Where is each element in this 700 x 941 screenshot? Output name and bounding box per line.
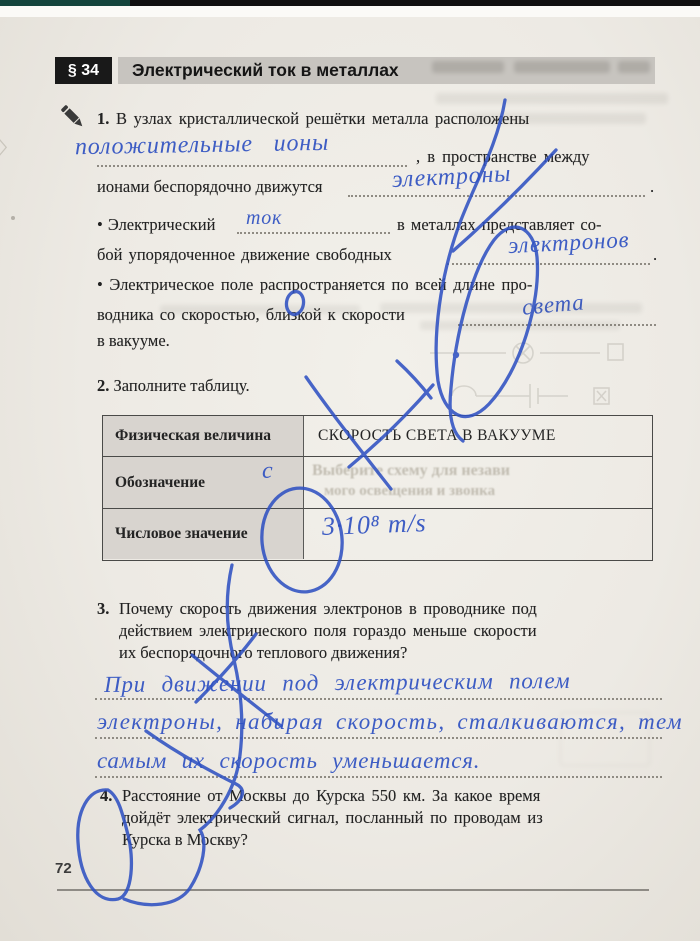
ex1-intro-line: 1. В узлах кристаллической решётки метал…: [97, 108, 529, 130]
ghost-box-cross: [597, 391, 606, 401]
footer-rule: [57, 889, 649, 891]
ghost-lamp-icon: [513, 343, 533, 363]
ex4-question-text: Расстояние от Москвы до Курска 550 км. З…: [122, 785, 543, 851]
ghost-text-line1: Выберите схему для незави: [312, 462, 510, 480]
ex1-bullet1-cont: бой упорядоченное движение свободных: [97, 244, 392, 266]
dust-speck: [11, 216, 15, 220]
pen-stroke: [397, 361, 431, 398]
scan-edge-white: [0, 6, 700, 17]
table-label-numeric-value: Числовое значение: [103, 508, 304, 559]
ex3-answer-line1-rule: [95, 698, 662, 700]
ex3-question-text: Почему скорость движения электронов в пр…: [119, 598, 537, 664]
ex3-question: 3. Почему скорость движения электронов в…: [97, 598, 663, 664]
ex1-bullet2-line1: • Электрическое поле распространяется по…: [97, 274, 532, 296]
ex4-question: 4. Расстояние от Москвы до Курска 550 км…: [100, 785, 666, 851]
table-label-designation: Обозначение: [103, 456, 304, 508]
ghost-blob: [514, 61, 610, 73]
ex1-bullet1-answer-handwriting: ток: [246, 207, 282, 230]
ex1-bullet1-answer-line: [237, 232, 390, 234]
workbook-page: 〉 § 34 Электрический ток в металлах 1. В…: [0, 0, 700, 941]
ghost-text-line2: мого освещения и звонка: [324, 483, 495, 500]
ex1-answer1-handwriting: положительные ионы: [75, 130, 329, 161]
ex1-answer1-line: [97, 165, 407, 167]
ex3-answer-handwriting-line3: самым их скорость уменьшается.: [97, 748, 480, 774]
section-title: Электрический ток в металлах: [132, 60, 399, 81]
ex2-prompt: 2. Заполните таблицу.: [97, 375, 250, 397]
pencil-icon: [58, 102, 88, 132]
ex4-number: 4.: [100, 785, 122, 851]
ex4-question-line3: Курска в Москву?: [122, 829, 543, 851]
ex1-answer2-handwriting: электроны: [391, 161, 512, 194]
ghost-box-icon: [594, 388, 609, 404]
ex3-answer-handwriting-line1: При движении под электрическим полем: [104, 668, 571, 698]
pen-dot: [453, 352, 459, 358]
ghost-blob: [432, 61, 504, 73]
page-number: 72: [55, 860, 72, 877]
ex1-line2: ионами беспорядочно движутся: [97, 176, 323, 198]
ex1-bullet1-answer2-handwriting: электронов: [507, 227, 630, 259]
ghost-switch-battery: [452, 384, 568, 408]
ex1-bullet1-period: .: [653, 244, 657, 266]
ghost-blob: [160, 305, 360, 314]
ghost-blob: [380, 303, 642, 313]
ghost-blob: [436, 93, 668, 104]
ex1-bullet1-pre: • Электрический: [97, 214, 215, 236]
ex1-answer2-line: [348, 195, 645, 197]
ex4-question-line1: Расстояние от Москвы до Курска 550 км. З…: [122, 785, 543, 807]
ghost-blob: [468, 113, 646, 124]
ex1-bullet2-line3: в вакууме.: [97, 330, 170, 352]
table-numeric-value-handwriting: 3·10⁸ m/s: [322, 508, 427, 542]
scan-margin-mark: 〉: [0, 124, 23, 168]
ghost-box: [560, 712, 650, 766]
ex4-question-line2: дойдёт электрический сигнал, посланный п…: [122, 807, 543, 829]
section-number: § 34: [68, 62, 99, 80]
ghost-blob: [420, 321, 620, 330]
ghost-lamp-cross: [516, 346, 530, 360]
ex3-question-line3: их беспорядочного теплового движения?: [119, 642, 537, 664]
ex2-prompt-text: Заполните таблицу.: [114, 376, 250, 395]
ex1-period: .: [650, 176, 654, 198]
table-label-physical-quantity: Физическая величина: [103, 416, 304, 456]
ghost-blob: [618, 61, 650, 73]
table-value-physical-quantity: СКОРОСТЬ СВЕТА В ВАКУУМЕ: [304, 416, 652, 456]
ex3-question-line2: действием электрического поля гораздо ме…: [119, 620, 537, 642]
ex3-number: 3.: [97, 598, 119, 664]
ex1-bullet1-answer2-line: [447, 263, 650, 265]
ex3-question-line1: Почему скорость движения электронов в пр…: [119, 598, 537, 620]
ex3-answer-line3-rule: [95, 776, 662, 778]
ghost-box-icon: [608, 344, 623, 360]
table-designation-handwriting: с: [262, 458, 273, 485]
ex1-number: 1.: [97, 109, 109, 128]
section-number-chip: § 34: [55, 57, 112, 84]
ex2-number: 2.: [97, 376, 109, 395]
